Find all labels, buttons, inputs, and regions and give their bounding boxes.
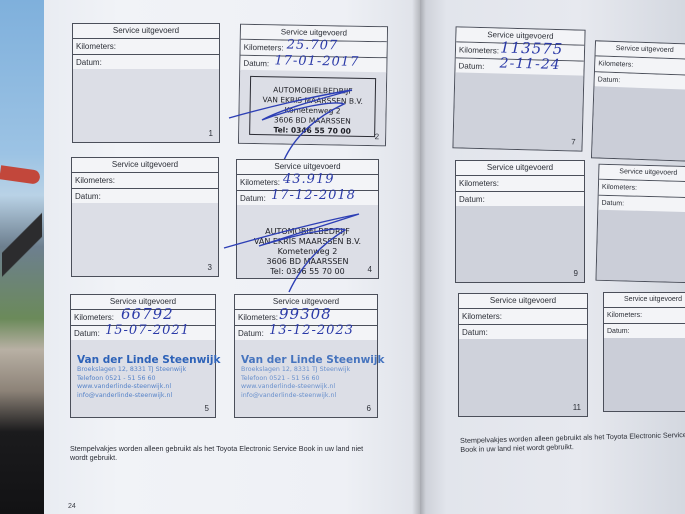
stamp-area bbox=[604, 338, 685, 411]
box-header: Service uitgevoerd bbox=[604, 293, 685, 308]
stamp-area bbox=[456, 206, 584, 282]
service-box-6: Service uitgevoerd Kilometers:99308 Datu… bbox=[234, 294, 378, 418]
stamp-area: Van der Linde Steenwijk Broekslagen 12, … bbox=[235, 340, 377, 417]
dealer-stamp: AUTOMOBIELBEDRIJF VAN EKRIS MAARSSEN B.V… bbox=[249, 76, 376, 137]
service-box-1: Service uitgevoerd Kilometers: Datum: 1 bbox=[72, 23, 220, 143]
stamp-area bbox=[72, 203, 218, 276]
service-box-3: Service uitgevoerd Kilometers: Datum: 3 bbox=[71, 157, 219, 277]
stamp-area: AUTOMOBIELBEDRIJF VAN EKRIS MAARSSEN B.V… bbox=[237, 205, 378, 278]
service-box-7: Service uitgevoerd Kilometers:113575 Dat… bbox=[452, 26, 585, 151]
footnote: Stempelvakjes worden alleen gebruikt als… bbox=[70, 444, 370, 462]
kilometers-field: Kilometers: bbox=[459, 309, 587, 325]
box-header: Service uitgevoerd bbox=[73, 24, 219, 39]
stamp-area bbox=[459, 339, 587, 416]
booklet-page-left: Service uitgevoerd Kilometers: Datum: 1 … bbox=[44, 0, 420, 514]
stamp-area bbox=[453, 72, 583, 150]
kilometers-field: Kilometers: bbox=[73, 39, 219, 55]
box-number: 2 bbox=[375, 132, 380, 141]
service-box-11: Service uitgevoerd Kilometers: Datum: 11 bbox=[458, 293, 588, 417]
stamp-area bbox=[73, 69, 219, 142]
stamp-area: Van der Linde Steenwijk Broekslagen 12, … bbox=[71, 340, 215, 417]
stamp-area bbox=[592, 86, 685, 160]
dealer-stamp: Van der Linde Steenwijk Broekslagen 12, … bbox=[77, 354, 213, 400]
stamp-area: AUTOMOBIELBEDRIJF VAN EKRIS MAARSSEN B.V… bbox=[239, 70, 386, 146]
service-box-4: Service uitgevoerd Kilometers:43.919 Dat… bbox=[236, 159, 379, 279]
handwritten-date: 13-12-2023 bbox=[269, 323, 354, 338]
page-number: 24 bbox=[68, 503, 76, 510]
handwritten-kilometers: 66792 bbox=[121, 307, 174, 322]
service-box-2: Service uitgevoerd Kilometers:25.707 Dat… bbox=[238, 24, 388, 147]
box-number: 5 bbox=[205, 404, 209, 413]
box-number: 11 bbox=[573, 403, 581, 412]
handwritten-kilometers: 99308 bbox=[279, 307, 332, 322]
box-number: 3 bbox=[208, 263, 212, 272]
handwritten-kilometers: 113575 bbox=[500, 40, 564, 57]
service-box-8: Service uitgevoerd Kilometers: Datum: bbox=[591, 40, 685, 161]
footnote: Stempelvakjes worden alleen gebruikt als… bbox=[460, 430, 685, 454]
handwritten-date: 17-12-2018 bbox=[271, 188, 356, 203]
box-number: 6 bbox=[367, 404, 371, 413]
handwritten-date: 2-11-24 bbox=[499, 56, 560, 73]
booklet-spine bbox=[412, 0, 426, 514]
dealer-stamp: Van der Linde Steenwijk Broekslagen 12, … bbox=[241, 354, 375, 400]
kilometers-field: Kilometers: bbox=[604, 308, 685, 324]
handwritten-kilometers: 43.919 bbox=[283, 172, 335, 187]
stamp-area bbox=[597, 210, 685, 283]
box-number: 1 bbox=[209, 129, 213, 138]
box-header: Service uitgevoerd bbox=[459, 294, 587, 309]
dealer-stamp: AUTOMOBIELBEDRIJF VAN EKRIS MAARSSEN B.V… bbox=[247, 227, 368, 277]
handwritten-kilometers: 25.707 bbox=[287, 38, 339, 54]
box-number: 7 bbox=[571, 137, 576, 146]
box-number: 4 bbox=[368, 265, 372, 274]
box-number: 9 bbox=[574, 269, 578, 278]
service-box-5: Service uitgevoerd Kilometers:66792 Datu… bbox=[70, 294, 216, 418]
background-photo-eiffel-tower bbox=[0, 0, 44, 514]
box-header: Service uitgevoerd bbox=[456, 161, 584, 176]
handwritten-date: 15-07-2021 bbox=[105, 323, 190, 338]
box-header: Service uitgevoerd bbox=[72, 158, 218, 173]
kilometers-field: Kilometers: bbox=[72, 173, 218, 189]
service-box-9: Service uitgevoerd Kilometers: Datum: 9 bbox=[455, 160, 585, 283]
handwritten-date: 17-01-2017 bbox=[274, 53, 359, 69]
service-box-12: Service uitgevoerd Kilometers: Datum: bbox=[603, 292, 685, 412]
service-box-10: Service uitgevoerd Kilometers: Datum: bbox=[595, 164, 685, 284]
booklet-page-right: Service uitgevoerd Kilometers:113575 Dat… bbox=[420, 0, 685, 514]
kilometers-field: Kilometers: bbox=[456, 176, 584, 192]
